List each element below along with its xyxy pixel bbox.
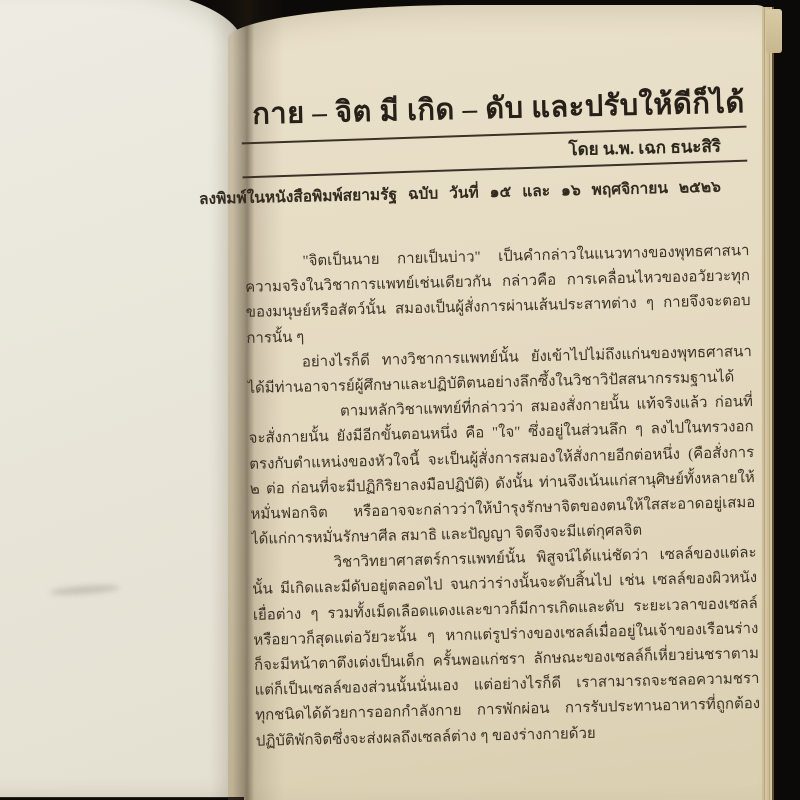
page-smudge: [50, 584, 120, 597]
publication-note: ลงพิมพ์ในหนังสือพิมพ์สยามรัฐ ฉบับ วันที่…: [199, 175, 721, 213]
body-paragraph-4: วิชาวิทยาศาสตร์การแพทย์นั้น พิสูจน์ได้แน…: [251, 541, 761, 754]
article: กาย – จิต มี เกิด – ดับ และปรับให้ดีก็ได…: [241, 80, 761, 754]
left-blank-page: [0, 0, 244, 798]
underlying-page-corner: [766, 9, 782, 53]
body-paragraph-3: ตามหลักวิชาแพทย์ที่กล่าวว่า สมองสั่งกายน…: [248, 390, 756, 553]
body-paragraph-1: "จิตเป็นนาย กายเป็นบ่าว" เป็นคำกล่าวในแน…: [244, 239, 751, 352]
page-fore-edge: [762, 7, 774, 800]
open-book-photo: กาย – จิต มี เกิด – ดับ และปรับให้ดีก็ได…: [0, 0, 800, 800]
article-body: "จิตเป็นนาย กายเป็นบ่าว" เป็นคำกล่าวในแน…: [244, 239, 761, 755]
